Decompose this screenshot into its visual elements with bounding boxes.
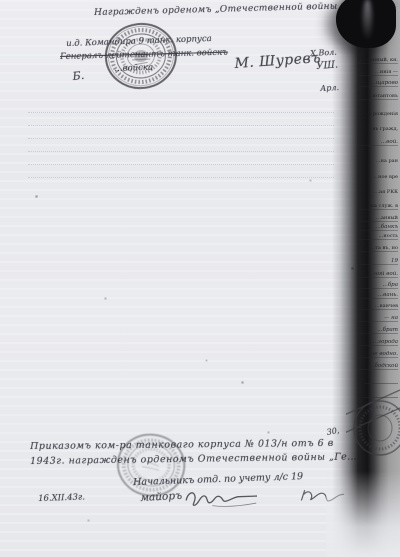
faint-rule-line bbox=[28, 112, 334, 113]
form-fragment: …ая РКК bbox=[358, 189, 398, 195]
form-fragment: …ннія — bbox=[358, 69, 398, 76]
form-fragment: …ной вой. bbox=[358, 271, 398, 278]
date-note: 16.XII.43г. bbox=[38, 492, 85, 504]
commander-signature: М. Шуревъ bbox=[234, 50, 321, 72]
form-fragment: …го въ гражд, bbox=[358, 126, 398, 132]
faint-rule-line bbox=[28, 164, 334, 165]
form-fragment: …города bbox=[358, 339, 398, 346]
form-fragment: …бодской bbox=[358, 363, 398, 370]
form-fragment: …ютантовъ bbox=[358, 93, 398, 100]
form-fragment: не водно. bbox=[358, 351, 398, 358]
signature-squiggle-main bbox=[182, 483, 278, 510]
form-fragment: …вань. bbox=[358, 292, 398, 299]
form-fragment: …на ран bbox=[358, 158, 398, 164]
form-fragment: …ность bbox=[358, 233, 398, 240]
round-stamp-top bbox=[99, 18, 184, 96]
page-edge-highlight bbox=[363, 0, 372, 41]
faint-rule-line bbox=[28, 125, 334, 126]
round-stamp-edge-partial bbox=[346, 384, 400, 474]
round-stamp-bottom bbox=[110, 427, 193, 505]
form-fragment: …ванчев bbox=[358, 303, 398, 310]
form-fragment: …банкъ bbox=[358, 224, 398, 231]
form-fragment: — на bbox=[358, 315, 398, 322]
form-fragment: 19 bbox=[358, 258, 398, 265]
handwritten-award-line-2: 1943г. награжденъ орденомъ Отечественной… bbox=[30, 451, 357, 467]
marginal-initial: Б. bbox=[72, 69, 85, 83]
form-fragment: …вой. bbox=[358, 139, 398, 146]
form-fragment: …бра bbox=[358, 282, 398, 289]
form-fragment: …ное вре bbox=[358, 174, 398, 180]
paper-specks bbox=[0, 0, 1, 1]
page-edge-band: …санный, кн. …ннія — …щарово …ютантовъ …… bbox=[332, 0, 400, 557]
form-fragment: …на служ. в bbox=[358, 203, 398, 210]
faint-rule-line bbox=[28, 138, 334, 139]
faint-rule-line bbox=[28, 151, 334, 152]
form-fragment: …анный bbox=[358, 215, 398, 222]
form-fragment: …санный, кн. bbox=[358, 57, 398, 64]
form-fragment: …та въ, но bbox=[358, 245, 398, 252]
form-fragment: …брат bbox=[358, 327, 398, 334]
form-fragment: …щарово bbox=[358, 80, 398, 87]
form-fragment: …а рожденія bbox=[358, 111, 398, 117]
faint-rule-line bbox=[28, 177, 334, 178]
page-edge-curl-top bbox=[336, 0, 396, 48]
scanned-document-page: Награжденъ орденомъ „Отечественной войны… bbox=[0, 0, 400, 557]
